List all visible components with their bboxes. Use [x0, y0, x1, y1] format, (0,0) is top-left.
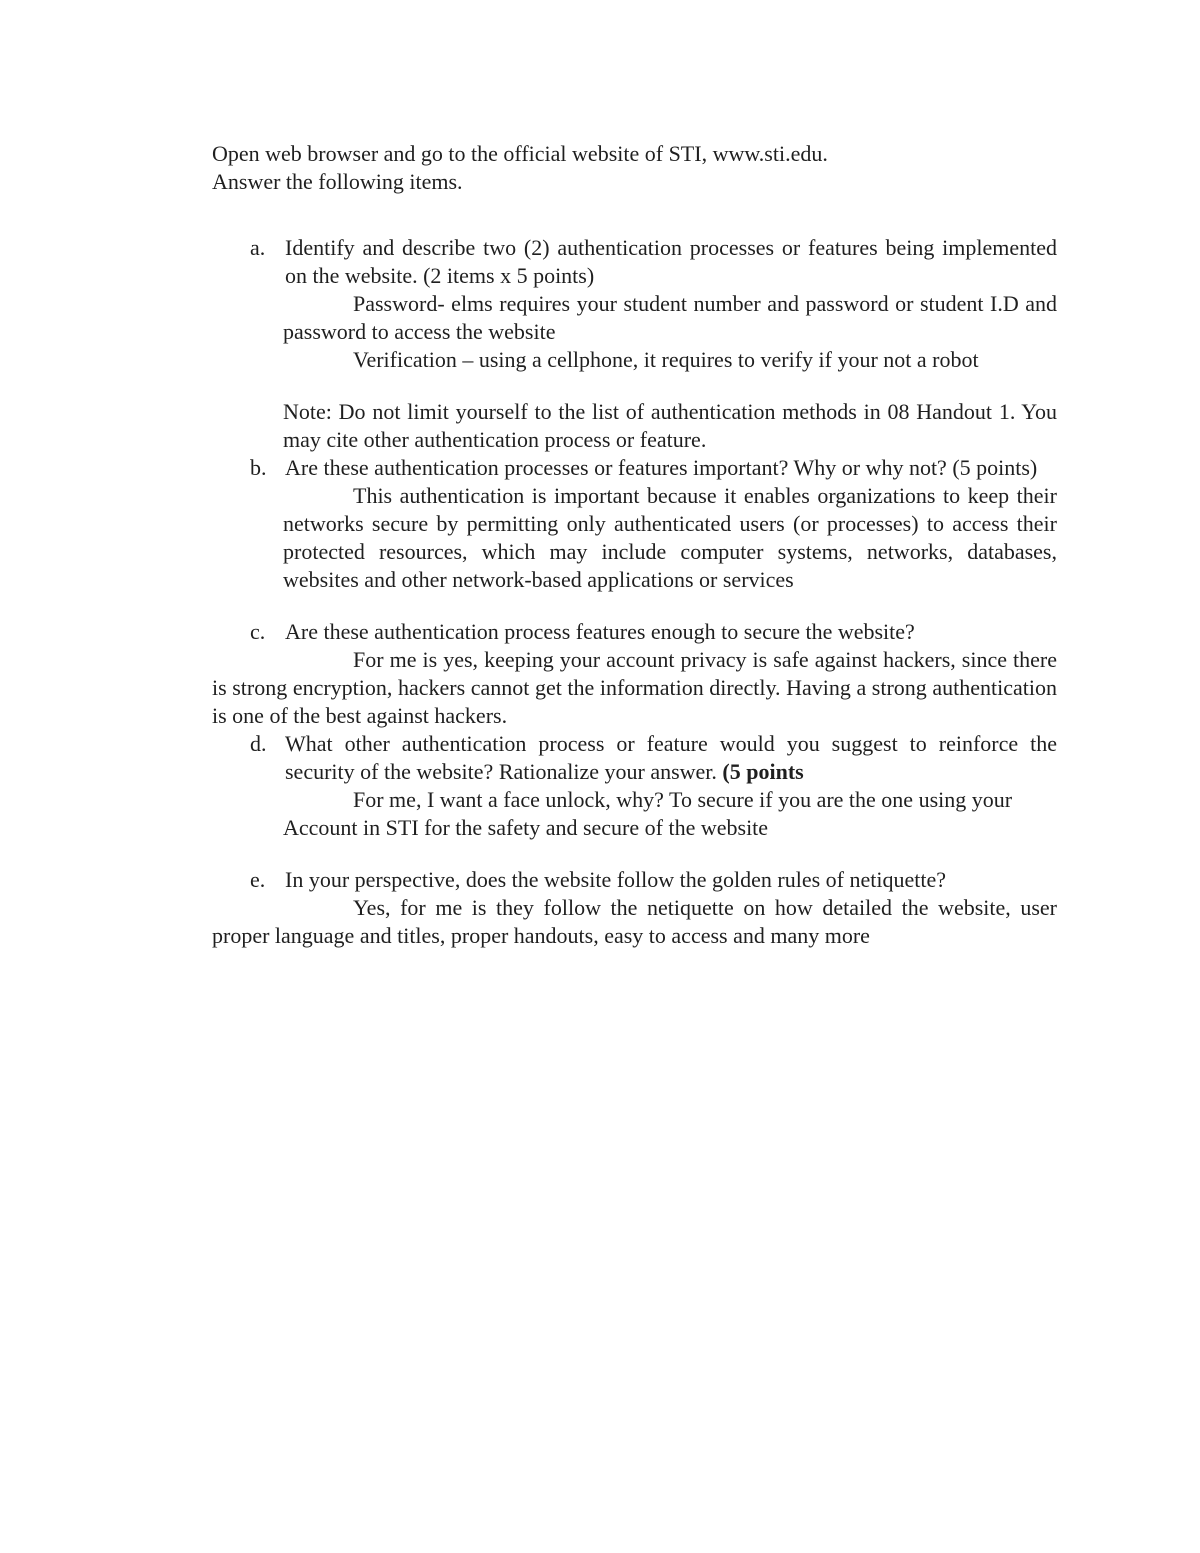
list-item-a: a. Identify and describe two (2) authent… — [212, 234, 1057, 290]
question-d-points-bold: (5 points — [722, 759, 803, 784]
question-d-text: What other authentication process or fea… — [285, 731, 1057, 784]
list-item-c: c. Are these authentication process feat… — [212, 618, 1057, 646]
intro-line-1: Open web browser and go to the official … — [212, 140, 1057, 168]
list-marker-b: b. — [250, 454, 267, 482]
answer-b: This authentication is important because… — [283, 482, 1057, 594]
list-marker-d: d. — [250, 730, 267, 758]
question-b: Are these authentication processes or fe… — [285, 454, 1057, 482]
list-marker-a: a. — [250, 234, 265, 262]
list-marker-c: c. — [250, 618, 265, 646]
list-item-b: b. Are these authentication processes or… — [212, 454, 1057, 482]
document-content: Open web browser and go to the official … — [212, 140, 1057, 950]
list-item-e: e. In your perspective, does the website… — [212, 866, 1057, 894]
question-c: Are these authentication process feature… — [285, 618, 1057, 646]
question-e: In your perspective, does the website fo… — [285, 866, 1057, 894]
answer-c: For me is yes, keeping your account priv… — [212, 646, 1057, 730]
answer-d: For me, I want a face unlock, why? To se… — [283, 786, 1057, 842]
question-d: What other authentication process or fea… — [285, 730, 1057, 786]
question-a: Identify and describe two (2) authentica… — [285, 234, 1057, 290]
document-page: Open web browser and go to the official … — [0, 0, 1200, 1553]
list-item-d: d. What other authentication process or … — [212, 730, 1057, 786]
list-marker-e: e. — [250, 866, 265, 894]
answer-e: Yes, for me is they follow the netiquett… — [212, 894, 1057, 950]
answer-a-password: Password- elms requires your student num… — [283, 290, 1057, 346]
intro-line-2: Answer the following items. — [212, 168, 1057, 196]
note-paragraph: Note: Do not limit yourself to the list … — [283, 398, 1057, 454]
answer-a-verification: Verification – using a cellphone, it req… — [283, 346, 1057, 374]
